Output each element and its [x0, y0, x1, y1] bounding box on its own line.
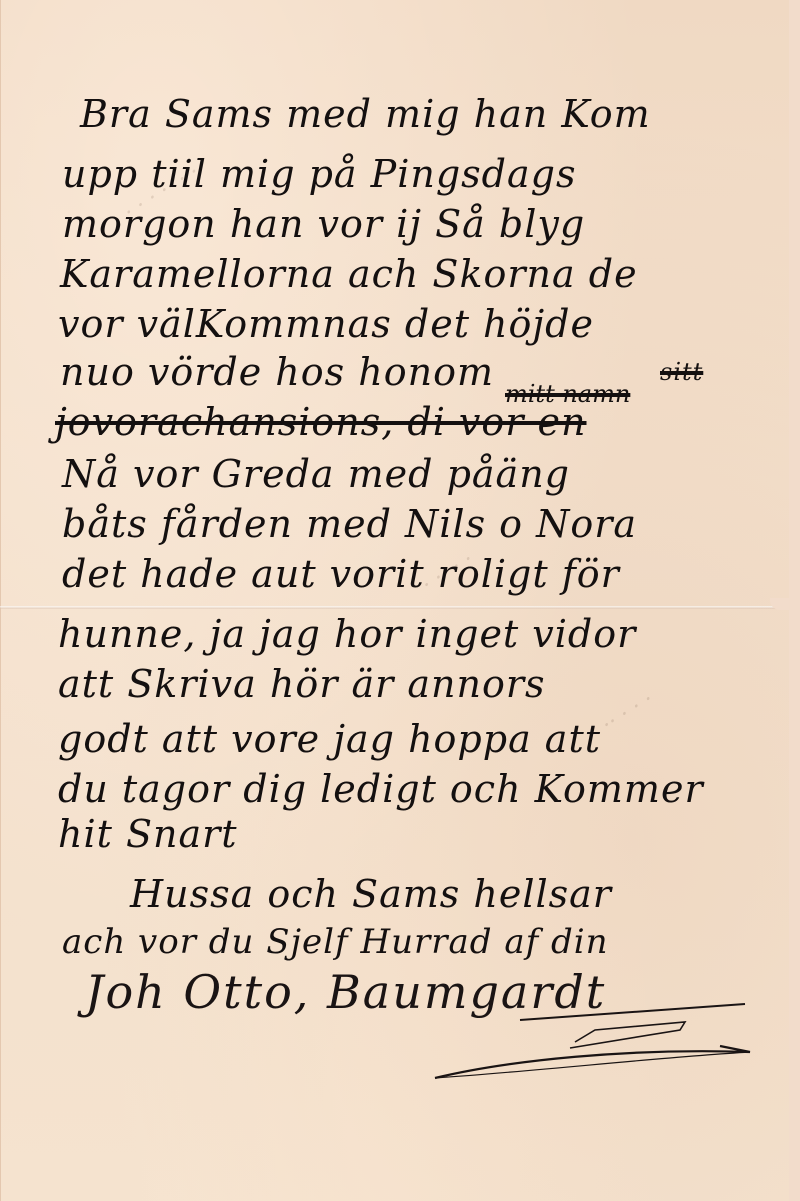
letter-line: du tagor dig ledigt och Kommer	[58, 770, 704, 808]
struck-line: jovorachansions, di vor en	[55, 403, 587, 441]
letter-line: Karamellorna ach Skorna de	[60, 255, 638, 293]
letter-line: Nå vor Greda med påäng	[62, 455, 570, 493]
letter-line: morgon han vor ij Så blyg	[62, 205, 585, 243]
letter-line: vor välKommnas det höjde	[58, 305, 594, 343]
signature-flourish	[430, 1000, 760, 1090]
letter-line: Bra Sams med mig han Kom	[80, 95, 651, 133]
letter-line: hunne, ja jag hor inget vidor	[58, 615, 636, 653]
letter-line: det hade aut vorit roligt för	[62, 555, 620, 593]
paper-fold-crease	[0, 606, 789, 609]
letter-line: hit Snart	[58, 815, 238, 853]
closing-greeting: ach vor du Sjelf Hurrad af din	[62, 925, 609, 959]
struck-word: sitt	[660, 360, 703, 384]
closing-greeting: Hussa och Sams hellsar	[130, 875, 612, 913]
letter-line: att Skriva hör är annors	[58, 665, 546, 703]
letter-line: nuo vörde hos honom	[60, 353, 494, 391]
letter-line: upp tiil mig på Pingsdags	[62, 155, 577, 193]
letter-line: båts fården med Nils o Nora	[62, 505, 637, 543]
scan-background	[789, 0, 800, 1201]
letter-line: godt att vore jag hoppa att	[58, 720, 601, 758]
